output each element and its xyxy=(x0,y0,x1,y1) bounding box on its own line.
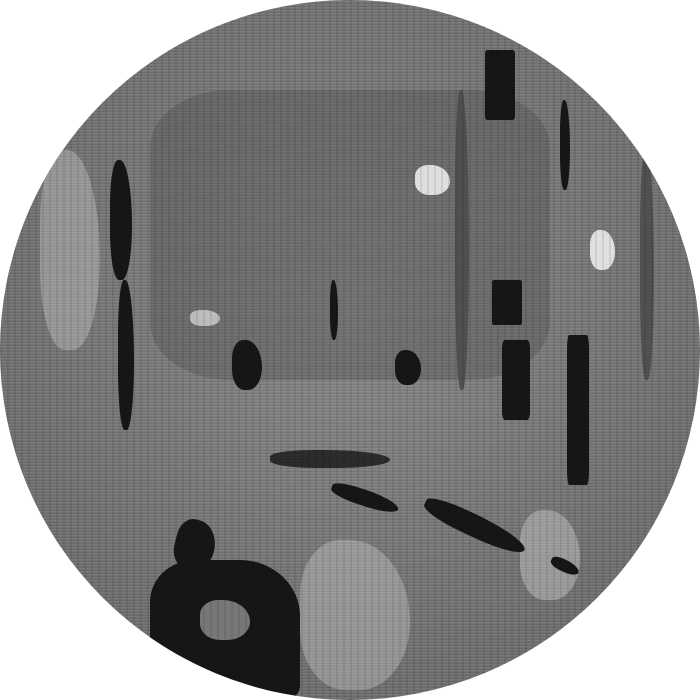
round-rug xyxy=(0,0,700,700)
woven-texture xyxy=(0,0,700,700)
